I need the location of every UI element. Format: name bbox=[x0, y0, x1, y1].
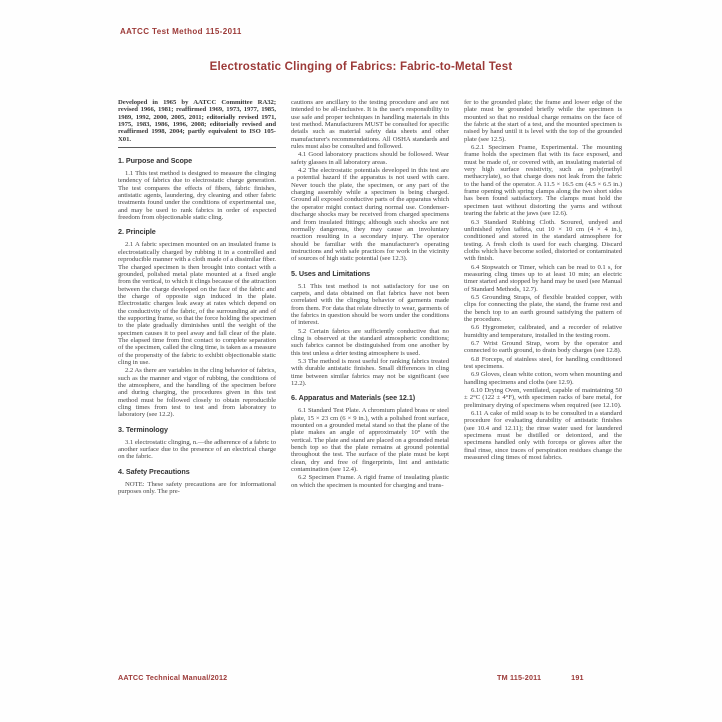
body-paragraph: 5.3 The method is most useful for rankin… bbox=[291, 358, 449, 387]
body-paragraph: 4.1 Good laboratory practices should be … bbox=[291, 151, 449, 166]
body-paragraph: 6.4 Stopwatch or Timer, which can be rea… bbox=[464, 264, 622, 293]
body-paragraph: 6.3 Standard Rubbing Cloth. Scoured, und… bbox=[464, 219, 622, 263]
section-heading: 6. Apparatus and Materials (see 12.1) bbox=[291, 394, 449, 402]
body-paragraph: 6.7 Wrist Ground Strap, worn by the oper… bbox=[464, 340, 622, 355]
body-paragraph: 6.2 Specimen Frame. A rigid frame of ins… bbox=[291, 474, 449, 489]
body-paragraph: 6.10 Drying Oven, ventilated, capable of… bbox=[464, 387, 622, 409]
page-title: Electrostatic Clinging of Fabrics: Fabri… bbox=[60, 61, 662, 73]
footer-right-group: TM 115-2011 191 bbox=[497, 673, 584, 682]
body-paragraph: 2.2 As there are variables in the cling … bbox=[118, 367, 276, 418]
section-heading: 4. Safety Precautions bbox=[118, 468, 276, 476]
column-1: Developed in 1965 by AATCC Committee RA3… bbox=[118, 99, 276, 662]
body-paragraph: 6.5 Grounding Straps, of flexible braide… bbox=[464, 294, 622, 323]
body-paragraph: 6.11 A cake of mild soap is to be consul… bbox=[464, 410, 622, 461]
body-paragraph: 2.1 A fabric specimen mounted on an insu… bbox=[118, 241, 276, 366]
section-heading: 3. Terminology bbox=[118, 426, 276, 434]
development-history: Developed in 1965 by AATCC Committee RA3… bbox=[118, 99, 276, 143]
body-paragraph: 1.1 This test method is designed to meas… bbox=[118, 170, 276, 221]
doc-code-header: AATCC Test Method 115-2011 bbox=[120, 27, 242, 36]
footer-method-code: TM 115-2011 bbox=[497, 673, 541, 682]
body-paragraph: 5.2 Certain fabrics are sufficiently con… bbox=[291, 328, 449, 357]
section-heading: 1. Purpose and Scope bbox=[118, 157, 276, 165]
column-2: cautions are ancillary to the testing pr… bbox=[291, 99, 449, 662]
section-heading: 5. Uses and Limitations bbox=[291, 270, 449, 278]
body-paragraph: 6.6 Hygrometer, calibrated, and a record… bbox=[464, 324, 622, 339]
body-paragraph: 6.2.1 Specimen Frame, Experimental. The … bbox=[464, 144, 622, 217]
text-columns: Developed in 1965 by AATCC Committee RA3… bbox=[118, 99, 622, 662]
body-paragraph: 6.8 Forceps, of stainless steel, for han… bbox=[464, 356, 622, 371]
section-heading: 2. Principle bbox=[118, 228, 276, 236]
body-paragraph: 6.9 Gloves, clean white cotton, worn whe… bbox=[464, 371, 622, 386]
body-paragraph: cautions are ancillary to the testing pr… bbox=[291, 99, 449, 150]
divider-rule bbox=[118, 147, 276, 148]
footer-manual-title: AATCC Technical Manual/2012 bbox=[118, 673, 227, 682]
document-page: AATCC Test Method 115-2011 Electrostatic… bbox=[0, 0, 722, 722]
column-3: fer to the grounded plate; the frame and… bbox=[464, 99, 622, 662]
body-paragraph: 4.2 The electrostatic potentials develop… bbox=[291, 167, 449, 262]
body-paragraph: NOTE: These safety precautions are for i… bbox=[118, 481, 276, 496]
footer-page-number: 191 bbox=[571, 673, 584, 682]
body-paragraph: fer to the grounded plate; the frame and… bbox=[464, 99, 622, 143]
body-paragraph: 3.1 electrostatic clinging, n.—the adher… bbox=[118, 439, 276, 461]
body-paragraph: 6.1 Standard Test Plate. A chromium plat… bbox=[291, 407, 449, 473]
body-paragraph: 5.1 This test method is not satisfactory… bbox=[291, 283, 449, 327]
